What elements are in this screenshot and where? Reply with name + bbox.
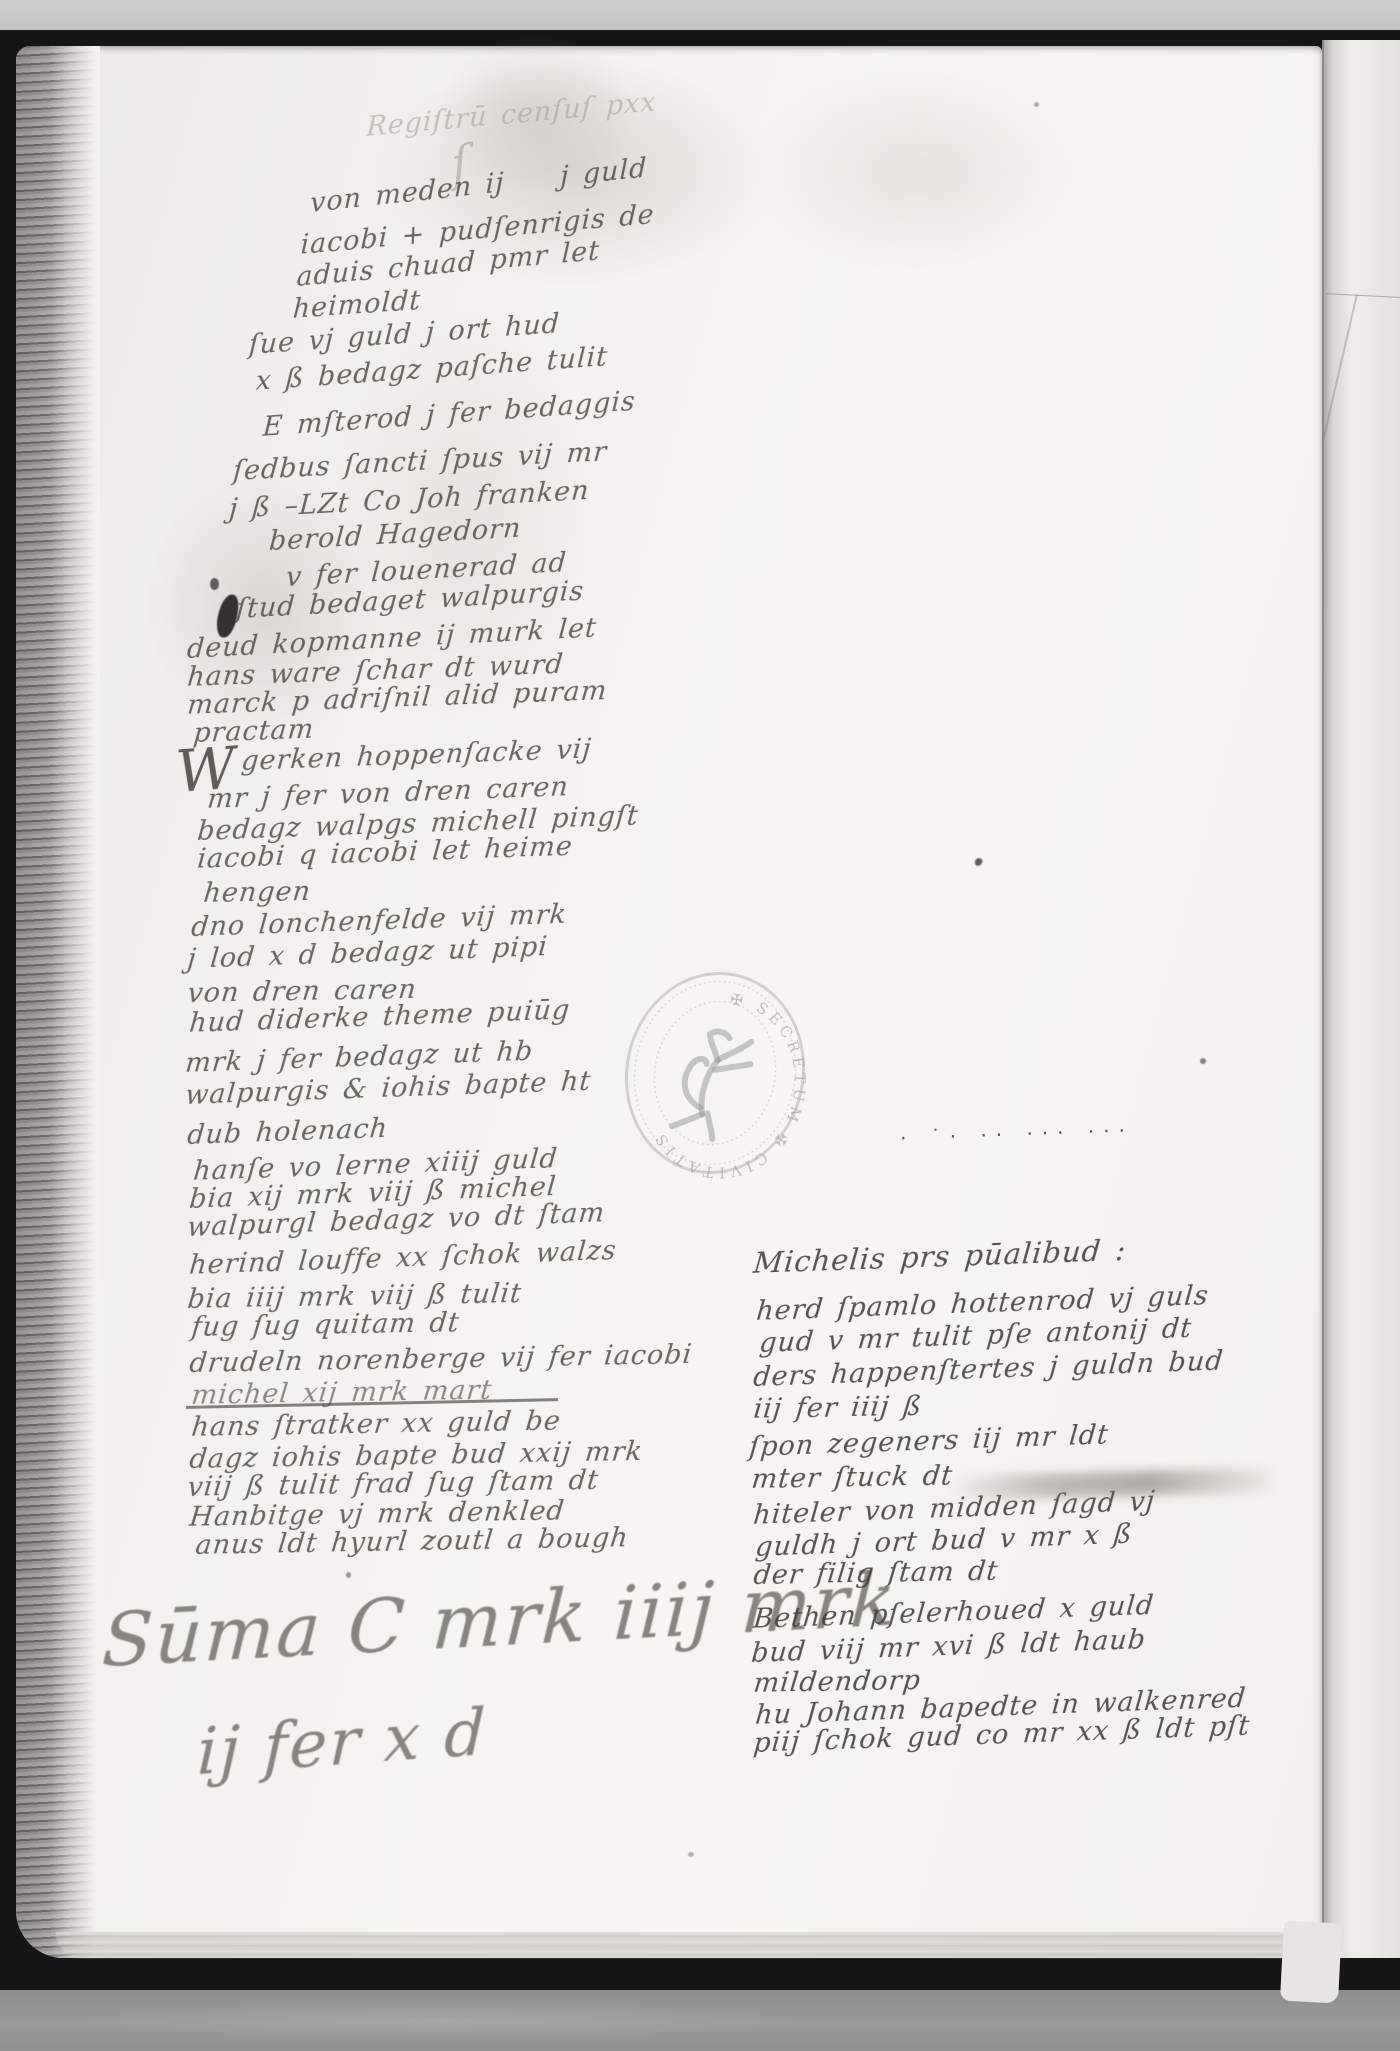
manuscript-scan: Regiſtrū cenſuſ pxx ſ von meden ij j gul…: [0, 0, 1400, 2051]
svg-text:✠ SECRETUM ✠ CIVITATIS: ✠ SECRETUM ✠ CIVITATIS: [643, 979, 816, 1182]
stain: [756, 66, 1086, 276]
facing-page-crease: [1326, 293, 1400, 298]
city-seal-stamp: ✠ SECRETUM ✠ CIVITATIS: [614, 964, 816, 1182]
manuscript-line: mildendorp: [752, 1665, 923, 1699]
manuscript-line: E mſterod j fer bedaggis: [262, 386, 637, 443]
summa-total-line-2: ij fer x d: [196, 1695, 488, 1790]
manuscript-line: drudeln norenberge vij fer iacobi: [188, 1339, 694, 1379]
manuscript-line: anus ldt hyurl zoutl a bough: [194, 1522, 630, 1561]
facing-page-edge: [1322, 40, 1400, 1958]
manuscript-line: ſpon zegeners iij mr ldt: [748, 1419, 1110, 1463]
lion-rampant-icon: [671, 1026, 756, 1143]
ink-blot: [210, 578, 219, 590]
dash-row: · ˙· ·· ··· ···: [900, 1118, 1135, 1150]
manuscript-line: iij fer iiij ß: [752, 1391, 924, 1425]
facing-page-corner: [1280, 1921, 1342, 2004]
page-bottom-deckle: [56, 1932, 1314, 1958]
manuscript-line: fug ſug quitam dt: [190, 1307, 461, 1343]
smudge-mark: [948, 1468, 1273, 1500]
dust-speck: [1200, 1058, 1206, 1064]
dust-speck: [346, 1572, 351, 1578]
manuscript-line: dub holenach: [186, 1113, 389, 1151]
manuscript-line: hengen: [202, 876, 313, 909]
scanner-background-top: [0, 0, 1400, 30]
manuscript-line: hans ſtratker xx guld be: [190, 1405, 563, 1443]
manuscript-line: herind louffe xx ſchok walzs: [188, 1235, 618, 1281]
manuscript-line: der filig ſtam dt: [752, 1556, 1000, 1591]
manuscript-line: mter ſtuck dt: [750, 1460, 955, 1495]
manuscript-page: Regiſtrū cenſuſ pxx ſ von meden ij j gul…: [16, 46, 1322, 1958]
right-column-heading: Michelis prs pūalibud :: [752, 1233, 1128, 1280]
dust-speck: [973, 857, 983, 867]
seal-legend: ✠ SECRETUM ✠ CIVITATIS: [643, 979, 816, 1182]
dust-speck: [688, 1852, 694, 1857]
scanner-floor-sheen: [60, 2000, 820, 2040]
dust-speck: [1034, 102, 1039, 107]
faint-heading: Regiſtrū cenſuſ pxx: [366, 86, 657, 143]
book-block-edge: [16, 46, 100, 1958]
